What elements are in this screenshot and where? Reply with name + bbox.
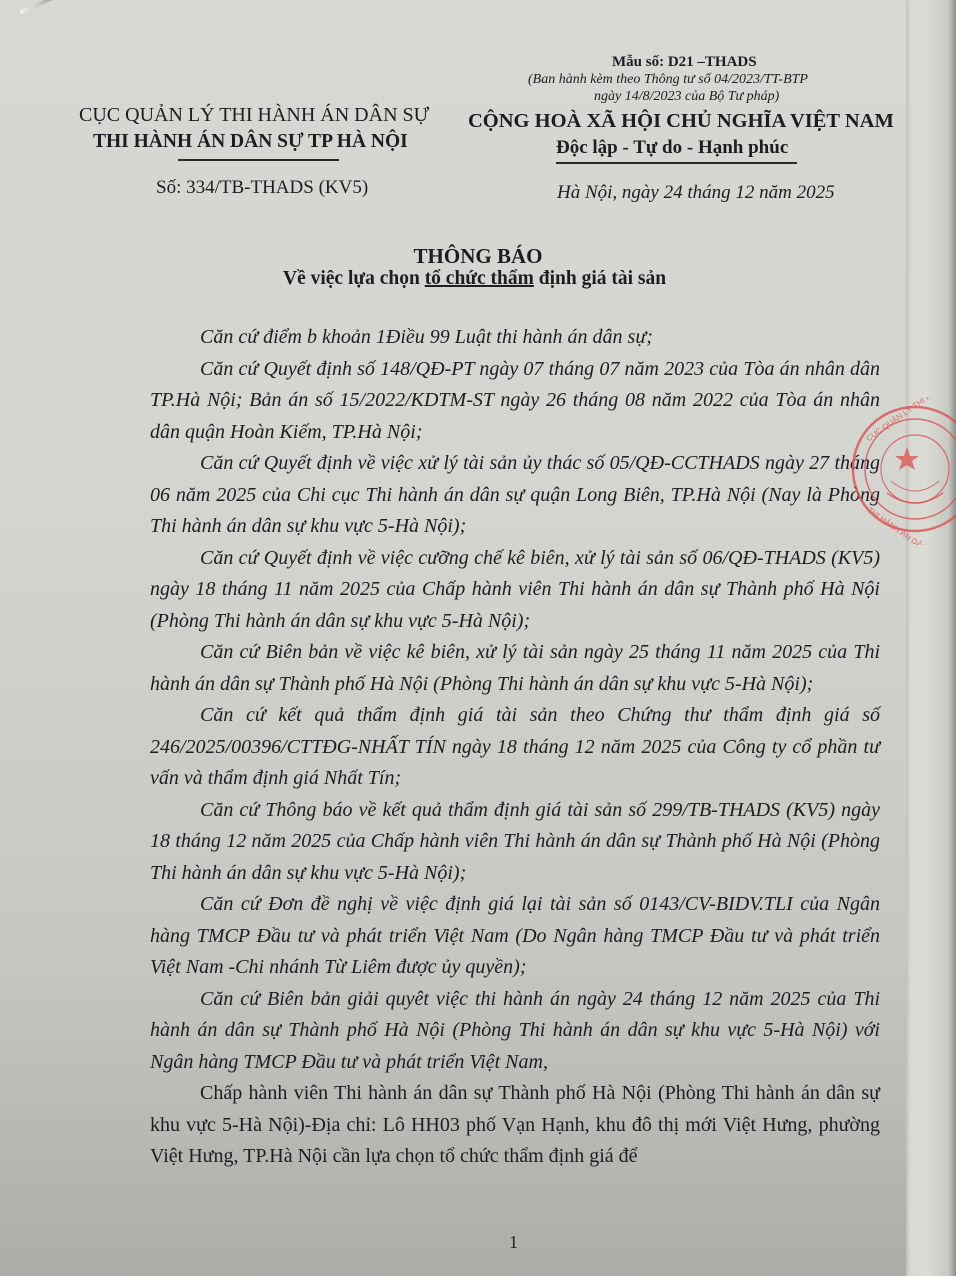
form-code: Mẫu số: D21 –THADS <box>612 54 757 71</box>
document-body: Căn cứ điểm b khoản 1Điều 99 Luật thi hà… <box>150 322 880 1173</box>
staple-icon <box>19 0 59 14</box>
agency-divider <box>178 159 339 161</box>
document-page: Mẫu số: D21 –THADS (Ban hành kèm theo Th… <box>0 0 906 1276</box>
document-title: THÔNG BÁO <box>0 244 956 269</box>
form-note-line1: (Ban hành kèm theo Thông tư số 04/2023/T… <box>528 72 808 88</box>
document-subtitle: Về việc lựa chọn tổ chức thẩm định giá t… <box>283 268 666 290</box>
legal-basis-paragraph: Căn cứ Quyết định về việc xử lý tài sản … <box>150 448 880 543</box>
subtitle-underlined: tổ chức thẩm <box>425 268 534 289</box>
issuing-agency-parent: CỤC QUẢN LÝ THI HÀNH ÁN DÂN SỰ <box>79 104 429 127</box>
legal-basis-paragraph: Căn cứ kết quả thẩm định giá tài sản the… <box>150 700 880 795</box>
legal-basis-paragraph: Căn cứ Đơn đề nghị về việc định giá lại … <box>150 889 880 984</box>
motto-divider <box>556 162 797 164</box>
national-motto: Độc lập - Tự do - Hạnh phúc <box>556 137 788 159</box>
legal-basis-paragraph: Căn cứ Biên bản về việc kê biên, xử lý t… <box>150 637 880 700</box>
legal-basis-paragraph: Căn cứ Thông báo về kết quả thẩm định gi… <box>150 795 880 890</box>
subtitle-part: Về việc lựa chọn <box>283 268 425 289</box>
legal-basis-paragraph: Căn cứ điểm b khoản 1Điều 99 Luật thi hà… <box>150 322 880 354</box>
page-number: 1 <box>509 1232 518 1253</box>
legal-basis-paragraph: Căn cứ Biên bản giải quyêt việc thi hành… <box>150 984 880 1079</box>
document-number: Số: 334/TB-THADS (KV5) <box>156 177 368 199</box>
national-title: CỘNG HOÀ XÃ HỘI CHỦ NGHĨA VIỆT NAM <box>468 110 894 133</box>
legal-basis-paragraph: Căn cứ Quyết định số 148/QĐ-PT ngày 07 t… <box>150 354 880 449</box>
subtitle-part: định giá tài sản <box>534 268 666 289</box>
legal-basis-paragraph: Căn cứ Quyết định về việc cưỡng chế kê b… <box>150 543 880 638</box>
place-date: Hà Nội, ngày 24 tháng 12 năm 2025 <box>557 182 835 204</box>
official-seal-icon: CỤC QUẢN LÝ THI HÀ THI HÀNH ÁN DÂN <box>845 397 956 545</box>
body-paragraph: Chấp hành viên Thi hành án dân sự Thành … <box>150 1078 880 1173</box>
form-note-line2: ngày 14/8/2023 của Bộ Tư pháp) <box>594 89 779 105</box>
svg-text:THI HÀNH ÁN DÂN: THI HÀNH ÁN DÂN <box>866 506 929 545</box>
issuing-agency: THI HÀNH ÁN DÂN SỰ TP HÀ NỘI <box>93 131 408 153</box>
